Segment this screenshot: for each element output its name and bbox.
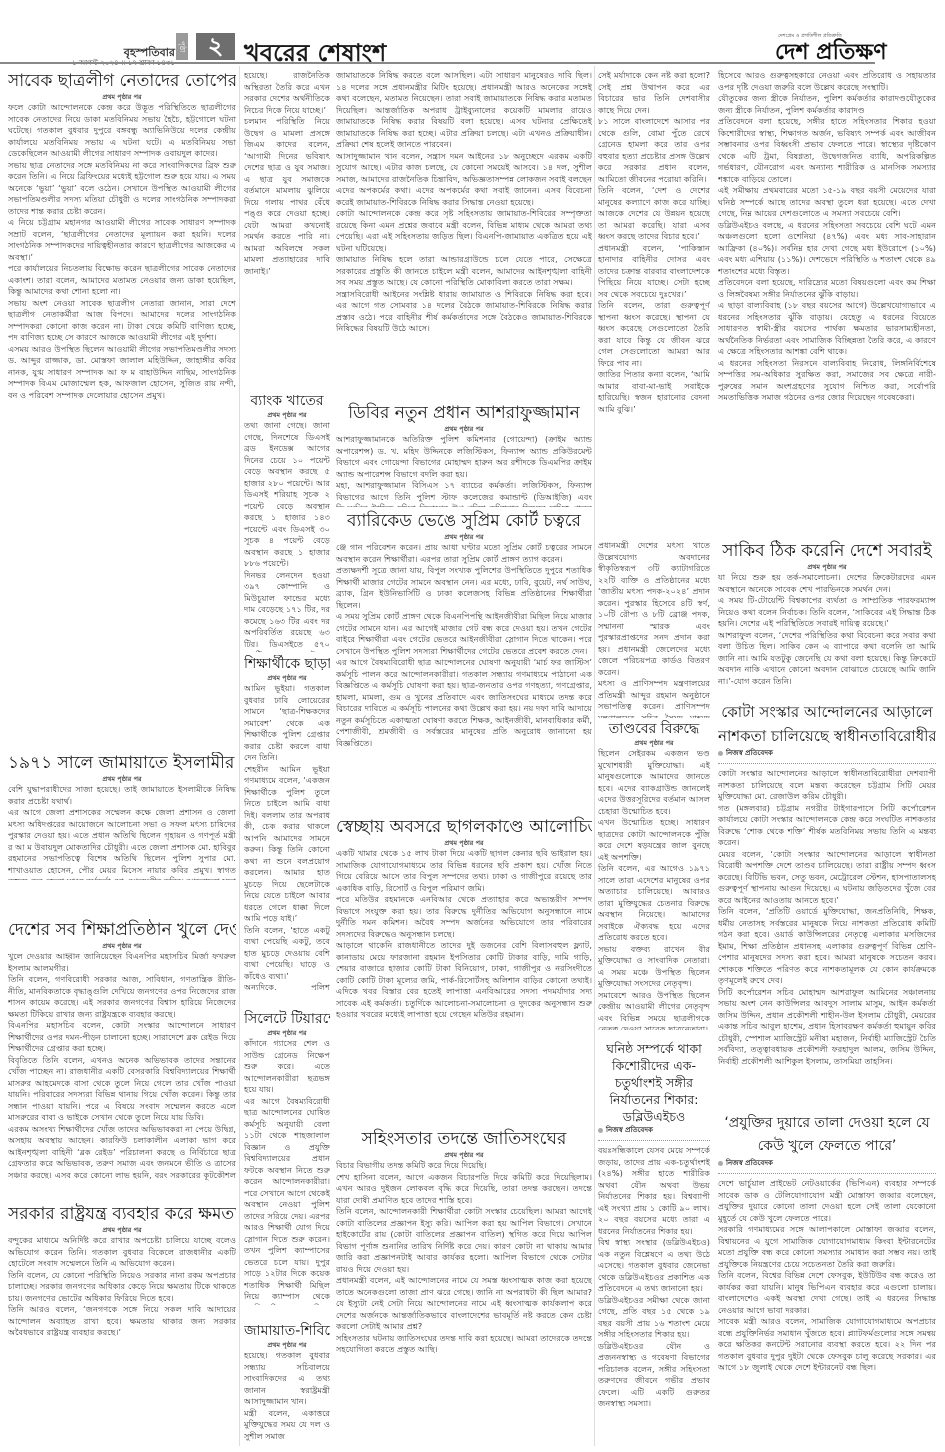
headline-line2: কেউ খুলে ফেলতে পারে’ xyxy=(718,1135,936,1158)
headline: শিক্ষার্থীকে ছাড়াতে xyxy=(244,655,330,673)
paragraph: মেয়র বলেন, ‘কোটা সংস্কার আন্দোলনের আড়া… xyxy=(718,849,936,907)
newspaper-page: বৃহস্পতিবার ১ আগস্ট ২০২৪ ।। ১৭ শ্রাবণ ১৪… xyxy=(0,0,945,1452)
paragraph: আশরাফুল বলেন, ‘দেশের পরিস্থিতির কথা বিবে… xyxy=(718,630,936,688)
headline: ব্যাংক খাতের xyxy=(244,392,330,410)
paragraph: যা নিয়ে শুরু হয় তর্ক-সমালোচনা। দেশের ক… xyxy=(718,572,936,595)
paragraph: জামায়াতকে নিষিদ্ধ করতে বলে আসছিল। এটা স… xyxy=(336,70,592,151)
continued-label: প্রথম পৃষ্ঠার পর xyxy=(244,1028,330,1038)
continued-label: প্রথম পৃষ্ঠার পর xyxy=(336,532,592,542)
story-girls: ঘনিষ্ঠ সম্পর্কে থাকা কিশোরীদের এক-চতুর্থ… xyxy=(598,1040,710,1448)
headline: সরকার রাষ্ট্রযন্ত্র ব্যবহার করে ক্ষমতায় xyxy=(8,1203,236,1225)
continued-label: প্রথম পৃষ্ঠার পর xyxy=(244,673,330,683)
byline: নিজস্ব প্রতিবেদক xyxy=(598,1125,710,1141)
headline: ডিবির নতুন প্রধান আশরাফুজ্জামান xyxy=(336,402,592,424)
paragraph: প্রতিবেদনে বলা হয়েছে, সঙ্গীর হাতে সহিংস… xyxy=(718,116,936,185)
bullet-icon xyxy=(598,1128,603,1133)
paragraph: হিসেবে আরও গুরুত্বসহকারে নেওয়া এবং প্রত… xyxy=(718,70,936,93)
bullet-icon xyxy=(718,1161,723,1166)
story-db-chief: ডিবির নতুন প্রধান আশরাফুজ্জামান প্রথম পৃ… xyxy=(336,402,592,507)
paragraph: এর আগে বৈষম্যবিরোধী ছাত্র আন্দোলনের ঘোষি… xyxy=(244,1096,330,1306)
continued-label: প্রথম পৃষ্ঠার পর xyxy=(336,1150,592,1160)
continued-label: প্রথম পৃষ্ঠার পর xyxy=(718,562,936,572)
story-political: হয়েছে। রাজনৈতিক অস্থিরতা তৈরি করে এখন স… xyxy=(244,70,330,390)
story-ban: জামায়াতকে নিষিদ্ধ করতে বলে আসছিল। এটা স… xyxy=(336,70,592,398)
continued-label: প্রথম পৃষ্ঠার পর xyxy=(336,424,592,434)
paragraph: প্রধানমন্ত্রী বলেন, ‘পাকিস্তান হানাদার ব… xyxy=(598,243,710,301)
paragraph: এ সময় টি-টোয়েন্টি বিশ্বকাপের ব্যর্থতা … xyxy=(718,595,936,630)
paragraph: মৎস্য ও প্রাণিসম্পদ মন্ত্রণালয়ের প্রতিম… xyxy=(598,678,710,718)
paragraph: পরে মতিউর রহমানকে এনবিআর থেকে প্রত্যাহার… xyxy=(336,894,592,940)
paragraph: এ ছাড়া বাল্যবিবাহ (১৮ বছর বয়সের আগে) উ… xyxy=(718,300,936,358)
byline-text: নিজস্ব প্রতিবেদক xyxy=(726,1159,773,1167)
story-supreme-court: ব্যারিকেড ভেঙে সুপ্রিম কোর্ট চত্বরে প্রথ… xyxy=(336,510,592,815)
paragraph: প্রধানমন্ত্রী বলেন, এই আন্দোলনের নামে যে… xyxy=(336,1275,592,1333)
bullet-icon xyxy=(718,751,723,756)
headline: দেশের সব শিক্ষাপ্রতিষ্ঠান খুলে দেওয়ার xyxy=(8,919,236,941)
paragraph: বেশি যুদ্ধাপরাধীদের সাজা হয়েছে। তাই জাম… xyxy=(8,784,236,807)
continued-label: প্রথম পৃষ্ঠার পর xyxy=(8,1225,236,1235)
headline-line2: নাশকতা চালিয়েছে স্বাধীনতাবিরোধীরা xyxy=(718,724,936,748)
headline: সাকিব ঠিক করেনি দেশে সবারই xyxy=(718,540,936,562)
paragraph: প্রধানমন্ত্রী দেশের মৎস্য খাতে উল্লেখযোগ… xyxy=(598,540,710,678)
story-sylhet: সিলেটে টিয়ারশেলে প্রথম পৃষ্ঠার পর কাঁদা… xyxy=(244,1010,330,1305)
paragraph: তিনি বলেন, গণবিরোধী সরকার আজ, সাবিধান, গ… xyxy=(8,974,236,1020)
paragraph: কোটা সংস্কার আন্দোলনের আড়ালে স্বাধীনতাব… xyxy=(718,768,936,803)
continued-label: প্রথম পৃষ্ঠার পর xyxy=(598,738,710,748)
logo-name: দেশ প্রতিক্ষণ xyxy=(775,41,887,65)
headline: জামায়াত-শিবিরের xyxy=(244,1322,330,1340)
paragraph: সিটি কর্পোরেশন সচিব মোহাম্মদ আশরাফুল আমি… xyxy=(718,987,936,1068)
headline: তাণ্ডবের বিরুদ্ধে xyxy=(598,720,710,738)
headline: ১৯৭১ সালে জামায়াতে ইসলামীর ভূমিকা xyxy=(8,752,236,774)
paragraph: এর আগে জেলা প্রশাসকের সম্মেলন কক্ষে জেলা… xyxy=(8,807,236,880)
story-vpn: ‘প্রযুক্তির দুয়ারে তালা দেওয়া হলে যে ক… xyxy=(718,1112,936,1448)
headline: সহিংসতার তদন্তে জাতিসংঘের xyxy=(336,1128,592,1150)
paragraph: হয়েছে। রাজনৈতিক অস্থিরতা তৈরি করে এখন স… xyxy=(244,70,330,116)
continued-label: প্রথম পৃষ্ঠার পর xyxy=(336,838,592,848)
paragraph: সভায় অংশ নেওয়া সাবেক ছাত্রলীগ নেতারা জ… xyxy=(8,298,236,344)
byline-text: নিজস্ব প্রতিবেদক xyxy=(606,1126,653,1134)
paragraph: দিনভর লেনদেন হওয়া ৩৯৭ কোম্পানি ও মিউচুয… xyxy=(244,570,330,653)
paragraph: এর আগে বৈষম্যবিরোধী ছাত্র আন্দোলনের ঘোষণ… xyxy=(336,657,592,749)
story-tandav: তাণ্ডবের বিরুদ্ধে প্রথম পৃষ্ঠার পর ছিলেন… xyxy=(598,720,710,1030)
byline-text: নিজস্ব প্রতিবেদক xyxy=(726,749,773,757)
section-title: খবরের শেষাংশ xyxy=(244,35,386,75)
paragraph: তিনি বলেন, ‘দেশ ও দেশের মানুষের কল্যাণে … xyxy=(598,185,710,243)
paragraph: কোটা আন্দোলনকে কেন্দ্র করে সৃষ্ট সহিংসতা… xyxy=(336,208,592,254)
continued-label: প্রথম পৃষ্ঠার পর xyxy=(244,410,330,420)
paragraph: ঞ্জে গান পরিবেশন করেন। প্রায় আধা ঘণ্টার… xyxy=(336,542,592,565)
paragraph: দেশে ভার্চুয়াল প্রাইভেট নেটওয়ার্কের (ভ… xyxy=(718,1178,936,1224)
headline-line1: কোটা সংস্কার আন্দোলনের আড়ালে xyxy=(718,700,936,724)
paragraph: সরকারি গণমাধ্যমের সঙ্গে আলাপকালে মোস্তাফ… xyxy=(718,1224,936,1270)
paragraph: তিনি বলেন, এর আগেও ১৯৭১ সালে তারা এদেশের… xyxy=(598,863,710,944)
paragraph: এখন উন্মোচিত হচ্ছে। সাধারণ ছাত্রদের কোটা… xyxy=(598,817,710,863)
paragraph: জাতির পিতার কন্যা বলেন, ‘আমি আমার বাবা-ম… xyxy=(598,369,710,415)
continued-label: প্রথম পৃষ্ঠার পর xyxy=(8,774,236,784)
paragraph: সভায় ছাত্র নেতাদের সঙ্গে মতবিনিময় না ক… xyxy=(8,160,236,218)
paragraph: আশরাফুজ্জামানকে অতিরিক্ত পুলিশ কমিশনার (… xyxy=(336,434,592,480)
page-label: পৃষ্ঠা xyxy=(176,33,188,60)
paragraph: ফলে কোটা আন্দোলনকে কেন্দ্র করে উদ্ভূত পর… xyxy=(8,102,236,160)
paragraph: তিনি আরও বলেন, ‘জনগণকে সঙ্গে নিয়ে সকল দ… xyxy=(8,1304,236,1339)
newspaper-logo: দেশপ্রেম ও প্রগতিশীল প্রতিশ্রুতি দেশ প্র… xyxy=(775,33,887,65)
continued-label: প্রথম পৃষ্ঠার পর xyxy=(8,92,236,102)
paragraph: জামায়াত নিষিদ্ধ হলে তারা আন্ডারগ্রাউন্ড… xyxy=(336,254,592,289)
paragraph: ডব্লিউএইচওর সমীক্ষা থেকে জানা গেছে, প্রত… xyxy=(598,1295,710,1341)
paragraph: অন্যদিকে, পুলিশ জানিয়েছে এক শিক্ষার্থীক… xyxy=(244,982,330,990)
paragraph: তিনি বলেন, ‘হাতে একটু ব্যথা পেয়েছি একটু… xyxy=(244,925,330,983)
story-shakib: সাকিব ঠিক করেনি দেশে সবারই প্রথম পৃষ্ঠার… xyxy=(718,540,936,695)
paragraph: কাঁদানে গ্যাসের শেল ও সাউন্ড গ্রেনেড নিক… xyxy=(244,1038,330,1096)
headline: ঘনিষ্ঠ সম্পর্কে থাকা কিশোরীদের এক-চতুর্থ… xyxy=(598,1040,710,1125)
byline: নিজস্ব প্রতিবেদক xyxy=(718,1158,936,1174)
paragraph: চলমান পরিস্থিতি নিয়ে উদ্বেগ ও মামলা প্র… xyxy=(244,116,330,277)
headline: সাবেক ছাত্রলীগ নেতাদের তোপের মুখে xyxy=(8,70,236,92)
continued-label: প্রথম পৃষ্ঠার পর xyxy=(8,941,236,951)
paragraph: শেখ হাসিনা বলেন, আগে একজন বিচারপতি দিয়ে… xyxy=(336,1172,592,1207)
paragraph: একটি খামার থেকে ১৫ লাখ টাকা দিয়ে একটি ছ… xyxy=(336,848,592,894)
continued-label: প্রথম পৃষ্ঠার পর xyxy=(244,1340,330,1350)
paragraph: সহিংসতার ঘটনায় জাতিসংঘের তদন্ত দাবি করা… xyxy=(336,1333,592,1356)
column-divider xyxy=(239,66,240,1446)
story-jamaat-shibir: জামায়াত-শিবিরের প্রথম পৃষ্ঠার পর হয়েছে… xyxy=(244,1322,330,1448)
story-bank: ব্যাংক খাতের প্রথম পৃষ্ঠার পর তথ্য জানা … xyxy=(244,392,330,652)
paragraph: সাবেক মন্ত্রী আরও বলেন, সামাজিক যোগাযোগম… xyxy=(718,1316,936,1374)
paragraph: ডব্লিউএইচও বলছে, এ ধরনের সহিংসতা সবচেয়ে… xyxy=(718,220,936,278)
paragraph: তথ্য জানা গেছে। জানা গেছে, দিনশেষে ডিএসই… xyxy=(244,420,330,570)
paragraph: প্রত্যক্ষদর্শী সূত্রে জানা যায়, বিপুল স… xyxy=(336,565,592,611)
paragraph: তিনি বলেন, আন্দোলনকারী শিক্ষার্থীরা কোটা… xyxy=(336,1206,592,1275)
headline: ব্যারিকেড ভেঙে সুপ্রিম কোর্ট চত্বরে xyxy=(336,510,592,532)
paragraph: তিনি বলেন, বিশ্বের বিভিন্ন দেশে ফেসবুক, … xyxy=(718,1270,936,1316)
paragraph: এ নিয়ে চট্টগ্রাম মহানগর আওয়ামী লীগের স… xyxy=(8,217,236,263)
paragraph: ডব্লিউএইচওর যৌন ও প্রজননস্বাস্থ্য ও গবেষ… xyxy=(598,1341,710,1410)
paragraph: মহা, আশরাফুজ্জামান বিসিএস ১৭ ব্যাচের কর্… xyxy=(336,480,592,507)
byline: নিজস্ব প্রতিবেদক xyxy=(718,748,936,764)
paragraph: বন্দুকের মাধ্যমে অনির্দিষ্ট করে রাখার অপ… xyxy=(8,1235,236,1270)
page-number: ২ xyxy=(196,33,235,60)
story-un-probe: সহিংসতার তদন্তে জাতিসংঘের প্রথম পৃষ্ঠার … xyxy=(336,1128,592,1448)
paragraph: আসাদুজ্জামান খান বলেন, সন্ত্রাস দমন আইনে… xyxy=(336,151,592,209)
paragraph: বয়ঃসন্ধিকালে যেসব মেয়ে সম্পর্কে জড়ায়… xyxy=(598,1145,710,1237)
paragraph: এই সমীক্ষায় প্রথমবারের মতো ১৫-১৯ বছর বয… xyxy=(718,185,936,220)
paragraph: প্রতিবেদনে বলা হয়েছে, দারিদ্র্যের মতো ব… xyxy=(718,277,936,300)
paragraph: এ ধরনের সহিংসতা নিরসনে বাল্যবিবাহ নিরোধ,… xyxy=(718,358,936,404)
paragraph: এসময় আরও উপস্থিত ছিলেন আওয়ামী লীগের সভ… xyxy=(8,344,236,402)
headline-line1: ‘প্রযুক্তির দুয়ারে তালা দেওয়া হলে যে xyxy=(718,1112,936,1135)
story-education: দেশের সব শিক্ষাপ্রতিষ্ঠান খুলে দেওয়ার প… xyxy=(8,919,236,1181)
paragraph: ছিলেন সেইরকম একজন ভণ্ড মুখোশধারী মুক্তিয… xyxy=(598,748,710,817)
story-jamaat-1971: ১৯৭১ সালে জামায়াতে ইসলামীর ভূমিকা প্রথম… xyxy=(8,752,236,880)
paragraph: খুলে দেওয়ার আহ্বান জানিয়েছেন বিএনপির ম… xyxy=(8,951,236,974)
story-quota: কোটা সংস্কার আন্দোলনের আড়ালে নাশকতা চাল… xyxy=(718,700,936,1110)
paragraph: বিশ্ব স্বাস্থ্য সংস্থার (ডব্লিউএইচও) এক … xyxy=(598,1237,710,1295)
paragraph: এরকম অসংখ্য শিক্ষার্থীদের খোঁজ তাদের অভি… xyxy=(8,1124,236,1182)
headline: স্বেচ্ছায় অবসরে ছাগলকাণ্ডে আলোচিত xyxy=(336,816,592,838)
paragraph: হয়েছে। গতকাল বুধবার সন্ধ্যায় সচিবালয়ে… xyxy=(244,1350,330,1408)
story-student: শিক্ষার্থীকে ছাড়াতে প্রথম পৃষ্ঠার পর আম… xyxy=(244,655,330,990)
paragraph: আমিন ভূইয়া। গতকাল বুধবার ঢাবি লোয়েরের … xyxy=(244,683,330,764)
paragraph: শেহরীন আমিন ভূইয়া গণমাধ্যমে বলেন, ‘একজন… xyxy=(244,764,330,925)
paragraph: যৌতুকের জন্য স্ত্রীকে নির্যাতন, পুলিশ কর… xyxy=(718,93,936,116)
paragraph: তিনি বলেন, যে কোনো পরিস্থিতি নিয়েও সরকা… xyxy=(8,1270,236,1305)
column-divider xyxy=(594,66,595,1446)
paragraph: বিএনপির মহাসচিব বলেন, কোটা সংস্কার আন্দো… xyxy=(8,1020,236,1055)
paragraph: বিবৃতিতে তিনি বলেন, এখনও অনেক অভিভাবক তা… xyxy=(8,1055,236,1124)
story-who: হিসেবে আরও গুরুত্বসহকারে নেওয়া এবং প্রত… xyxy=(718,70,936,538)
masthead-rule xyxy=(0,62,875,64)
paragraph: আড়ালে থাকেনি রাজধানীতে তাদের দুই ডজনের … xyxy=(336,940,592,1021)
paragraph: তিনি বলেন, ‘প্রতিটি ওয়ার্ডে মুক্তিযোদ্ধ… xyxy=(718,906,936,987)
paragraph: সন্ত্রাসবিরোধী আইনের সংশ্লিষ্ট ধারায় জা… xyxy=(336,289,592,335)
story-statepower: সরকার রাষ্ট্রযন্ত্র ব্যবহার করে ক্ষমতায়… xyxy=(8,1203,236,1448)
story-goat: স্বেচ্ছায় অবসরে ছাগলকাণ্ডে আলোচিত প্রথম… xyxy=(336,816,592,1116)
paragraph: সেই মর্যাদাকে কেন নষ্ট করা হলো? সেই প্রশ… xyxy=(598,70,710,116)
paragraph: ৮১ সালে বাংলাদেশে আসার পর থেকে গুলি, বোম… xyxy=(598,116,710,185)
paragraph: গত (মঙ্গলবার) চট্টগ্রাম নগরীর টাইগারপাসে… xyxy=(718,803,936,849)
story-fishery: প্রধানমন্ত্রী দেশের মৎস্য খাতে উল্লেখযোগ… xyxy=(598,540,710,718)
paragraph: পরে কার্যালয়ের নিচতলায় বিক্ষোভ করেন ছা… xyxy=(8,263,236,298)
paragraph: এ সময় সুপ্রিম কোর্ট প্রাঙ্গণ থেকে বিএনপ… xyxy=(336,611,592,657)
paragraph: তিনি বলেন, তারা গুরুত্বপূর্ণ স্থাপনা ধ্ব… xyxy=(598,300,710,369)
headline: সিলেটে টিয়ারশেলে xyxy=(244,1010,330,1028)
paragraph: সমাবেশে আরও উপস্থিত ছিলেন কেন্দ্রীয় আওয… xyxy=(598,990,710,1031)
story-chhatraleague: সাবেক ছাত্রলীগ নেতাদের তোপের মুখে প্রথম … xyxy=(8,70,236,625)
paragraph: সভায় বক্তব্য রাখেন বীর মুক্তিযোদ্ধা ও স… xyxy=(598,944,710,990)
story-grenade: সেই মর্যাদাকে কেন নষ্ট করা হলো? সেই প্রশ… xyxy=(598,70,710,540)
paragraph: বিচার বিভাগীয় তদন্ত কমিটি করে দিয়ে দিয… xyxy=(336,1160,592,1172)
paragraph: মন্ত্রী বলেন, একাত্তরে মুক্তিযুদ্ধের সময… xyxy=(244,1408,330,1443)
